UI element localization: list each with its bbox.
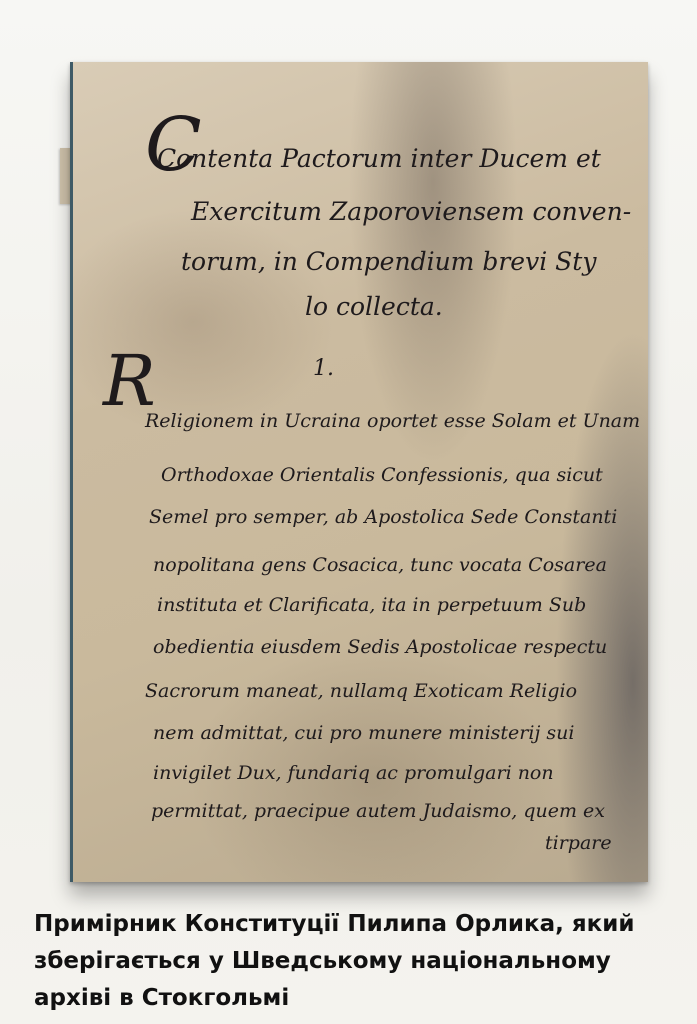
body-line-2: Orthodoxae Orientalis Confessionis, qua …: [161, 464, 603, 486]
body-line-4: nopolitana gens Cosacica, tunc vocata Co…: [153, 554, 607, 576]
title-line-4: lo collecta.: [305, 292, 443, 321]
body-line-6: obedientia eiusdem Sedis Apostolicae res…: [153, 636, 607, 658]
body-line-10: permittat, praecipue autem Judaismo, que…: [151, 800, 605, 822]
caption-line-1: Примірник Конституції Пилипа Орлика, яки…: [34, 906, 684, 943]
body-line-9: invigilet Dux, fundariq ac promulgari no…: [153, 762, 554, 784]
title-line-2: Exercitum Zaporoviensem conven-: [191, 197, 631, 226]
body-line-5: instituta et Clarificata, ita in perpetu…: [157, 594, 586, 616]
title-line-1: Contenta Pactorum inter Ducem et: [157, 144, 601, 173]
body-line-1: Religionem in Ucraina oportet esse Solam…: [145, 410, 640, 432]
body-line-8: nem admittat, cui pro munere ministerij …: [153, 722, 574, 744]
body-line-11: tirpare: [545, 832, 612, 854]
body-line-7: Sacrorum maneat, nullamq Exoticam Religi…: [145, 680, 577, 702]
caption-line-3: архіві в Стокгольмі: [34, 980, 684, 1017]
section-number: 1.: [313, 356, 334, 381]
caption-line-2: зберігається у Шведському національному: [34, 943, 684, 980]
photo-caption: Примірник Конституції Пилипа Орлика, яки…: [34, 906, 684, 1017]
body-line-3: Semel pro semper, ab Apostolica Sede Con…: [149, 506, 617, 528]
manuscript-page: C Contenta Pactorum inter Ducem et Exerc…: [70, 62, 648, 882]
title-line-3: torum, in Compendium brevi Sty: [181, 247, 596, 276]
